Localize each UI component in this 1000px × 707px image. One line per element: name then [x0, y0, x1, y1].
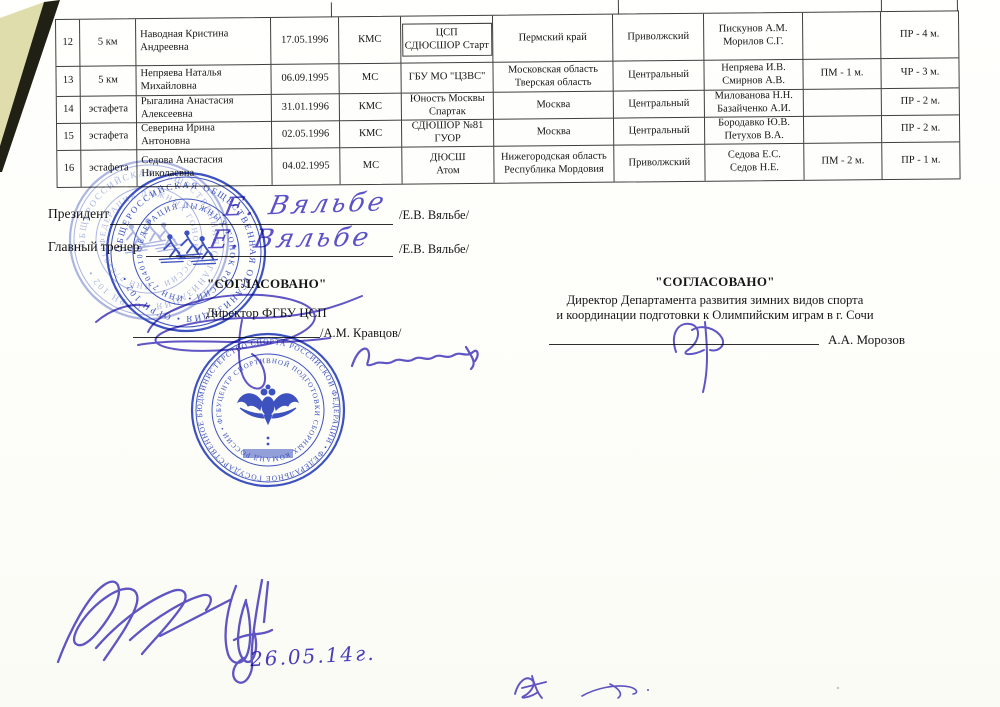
coach-line2: Смирнов А.В. — [722, 74, 785, 87]
agreed-right-block: "СОГЛАСОВАНО" Директор Департамента разв… — [535, 274, 895, 323]
coach-line2: Морилов С.Г. — [723, 36, 784, 49]
region-line1: Московская область — [508, 63, 598, 77]
cell-federal-district: Приволжский — [613, 14, 704, 62]
club-line2: Спартак — [429, 106, 466, 119]
cell-coaches: Непряева И.В. Смирнов А.В. — [704, 60, 803, 91]
bottom-center-signature-2 — [582, 684, 649, 698]
club-line1: ЦСП — [436, 27, 458, 40]
region-line1: Москва — [537, 126, 571, 139]
cell-row-number: 12 — [56, 20, 80, 67]
athlete-name-line1: Непряева Наталья — [140, 67, 221, 81]
cell-result-pm — [803, 12, 881, 60]
coach-line1: Бородавко Ю.В. — [718, 117, 790, 130]
cell-federal-district: Центральный — [614, 118, 705, 146]
cell-distance: эстафета — [81, 96, 137, 124]
cell-distance: эстафета — [81, 123, 137, 151]
cell-athlete-name: Северина Ирина Антоновна — [137, 122, 272, 150]
club-line2: ГУОР — [434, 133, 461, 146]
cell-birthdate: 06.09.1995 — [271, 64, 339, 95]
handwritten-date: 26.05.14г. — [249, 641, 376, 672]
cell-result-pr: ПР - 2 м. — [882, 115, 959, 143]
club-line1: ГБУ МО "ЦЗВС" — [409, 71, 486, 85]
federation-round-stamp: ОБЩЕРОССИЙСКАЯ ОБЩЕСТВЕННАЯ ОРГАНИЗАЦИЯ … — [60, 158, 292, 342]
cell-result-pm — [804, 89, 882, 117]
cell-rank: МС — [339, 64, 401, 95]
bottom-left-signature-1 — [58, 582, 230, 662]
cell-athlete-name: Непряева Наталья Михайловна — [136, 65, 271, 96]
cell-result-pr: ПР - 1 м. — [882, 142, 959, 179]
club-box: СДЮШОР №81 ГУОР — [402, 120, 493, 147]
cell-result-pr: ЧР - 3 м. — [881, 58, 958, 89]
club-box: ДЮСШ Атом — [402, 147, 493, 184]
cell-club: Юность Москвы Спартак — [402, 93, 494, 121]
cell-federal-district: Приволжский — [614, 145, 705, 182]
agreed-right-role-line2: и координации подготовки к Олимпийским и… — [535, 308, 895, 323]
club-line1: Юность Москвы — [410, 93, 485, 107]
head-coach-name: /Е.В. Вяльбе/ — [399, 242, 469, 257]
athlete-name-line1: Наводная Кристина — [140, 29, 228, 43]
bottom-center-signature-1 — [515, 676, 546, 698]
cell-rank: КМС — [340, 94, 402, 122]
cell-row-number: 15 — [57, 124, 81, 151]
cell-club: ГБУ МО "ЦЗВС" — [401, 63, 493, 94]
cell-coaches: Пискунов А.М. Морилов С.Г. — [704, 13, 803, 61]
cell-result-pm: ПМ - 1 м. — [803, 59, 881, 90]
double-eagle-emblem — [238, 385, 298, 424]
stamp-bottom-tab — [243, 449, 293, 458]
athlete-name-line1: Рыгалина Анастасия — [141, 95, 234, 109]
cell-rank: МС — [340, 148, 402, 185]
region-line1: Нижегородская область — [501, 151, 607, 165]
cell-birthdate: 17.05.1996 — [271, 17, 339, 65]
cell-row-number: 13 — [56, 67, 80, 97]
club-line1: ДЮСШ — [430, 152, 466, 165]
coach-line1: Седова Е.С. — [728, 149, 781, 162]
cell-athlete-name: Наводная Кристина Андреевна — [136, 18, 271, 66]
athlete-name-line2: Андреевна — [140, 42, 188, 55]
cell-athlete-name: Рыгалина Анастасия Алексеевна — [137, 95, 272, 123]
cell-region: Московская область Тверская область — [493, 62, 613, 93]
athlete-name-line2: Михайловна — [141, 80, 197, 93]
coach-line1: Милованова Н.Н. — [715, 90, 793, 104]
club-box: ЦСП СДЮСШОР Старт — [402, 23, 492, 57]
cell-region: Москва — [494, 119, 614, 147]
club-box: ГБУ МО "ЦЗВС" — [401, 63, 492, 93]
coach-line2: Петухов В.А. — [724, 130, 784, 143]
cell-row-number: 14 — [57, 97, 81, 124]
cell-coaches: Седова Е.С. Седов Н.Е. — [705, 144, 804, 181]
cell-region: Пермский край — [493, 15, 613, 63]
cell-result-pm — [804, 116, 882, 144]
table-column-stub — [957, 0, 958, 11]
table-column-stub — [331, 2, 332, 17]
cell-rank: КМС — [340, 121, 402, 149]
club-line1: СДЮШОР №81 — [412, 120, 484, 133]
cell-club: СДЮШОР №81 ГУОР — [402, 120, 494, 148]
cell-club: ЦСП СДЮСШОР Старт — [401, 16, 493, 64]
region-line1: Москва — [536, 99, 570, 112]
scanned-document-page: 12 5 км Наводная Кристина Андреевна 17.0… — [0, 0, 1000, 707]
table-column-stub — [618, 0, 619, 15]
agreed-right-title: "СОГЛАСОВАНО" — [535, 274, 895, 290]
cell-federal-district: Центральный — [614, 91, 705, 119]
coach-line1: Пискунов А.М. — [719, 23, 788, 36]
athlete-name-line2: Алексеевна — [141, 109, 193, 122]
region-line1: Пермский край — [519, 31, 587, 44]
agreed-right-signature-line — [549, 344, 819, 345]
cell-distance: 5 км — [80, 19, 136, 67]
cell-region: Нижегородская область Республика Мордови… — [494, 146, 614, 183]
coach-line2: Базайченко А.И. — [717, 103, 791, 117]
cell-rank: КМС — [339, 17, 401, 65]
athlete-name-line2: Антоновна — [141, 136, 190, 149]
region-line2: Тверская область — [515, 76, 592, 90]
cell-coaches: Бородавко Ю.В. Петухов В.А. — [705, 117, 804, 145]
cell-coaches: Милованова Н.Н. Базайченко А.И. — [705, 90, 804, 118]
cell-club: ДЮСШ Атом — [402, 147, 494, 184]
president-name: /Е.В. Вяльбе/ — [399, 208, 469, 223]
club-box: Юность Москвы Спартак — [402, 93, 493, 120]
cell-result-pr: ПР - 4 м. — [881, 11, 958, 59]
agreed-right-role-line1: Директор Департамента развития зимних ви… — [535, 293, 895, 308]
cell-result-pr: ПР - 2 м. — [882, 88, 959, 116]
club-line2: СДЮСШОР Старт — [405, 39, 489, 53]
coach-line2: Седов Н.Е. — [730, 162, 779, 175]
club-line2: Атом — [436, 165, 459, 178]
cell-birthdate: 02.05.1996 — [272, 121, 340, 149]
cell-region: Москва — [494, 92, 614, 120]
athlete-name-line1: Северина Ирина — [141, 123, 215, 137]
table-column-stub — [881, 0, 882, 12]
ministry-round-stamp: МИНИСТЕРСТВО СПОРТА РОССИЙСКОЙ ФЕДЕРАЦИИ… — [186, 330, 352, 490]
scan-speck — [837, 687, 839, 689]
kravtsov-surname-script — [352, 347, 478, 369]
coach-line1: Непряева И.В. — [721, 62, 786, 75]
cell-distance: 5 км — [80, 66, 136, 97]
morozov-signature — [674, 322, 723, 392]
region-line2: Республика Мордовия — [504, 164, 604, 178]
cell-birthdate: 31.01.1996 — [272, 94, 340, 122]
cell-federal-district: Центральный — [613, 61, 704, 92]
agreed-right-name: А.А. Морозов — [828, 332, 905, 348]
cell-result-pm: ПМ - 2 м. — [804, 143, 882, 180]
